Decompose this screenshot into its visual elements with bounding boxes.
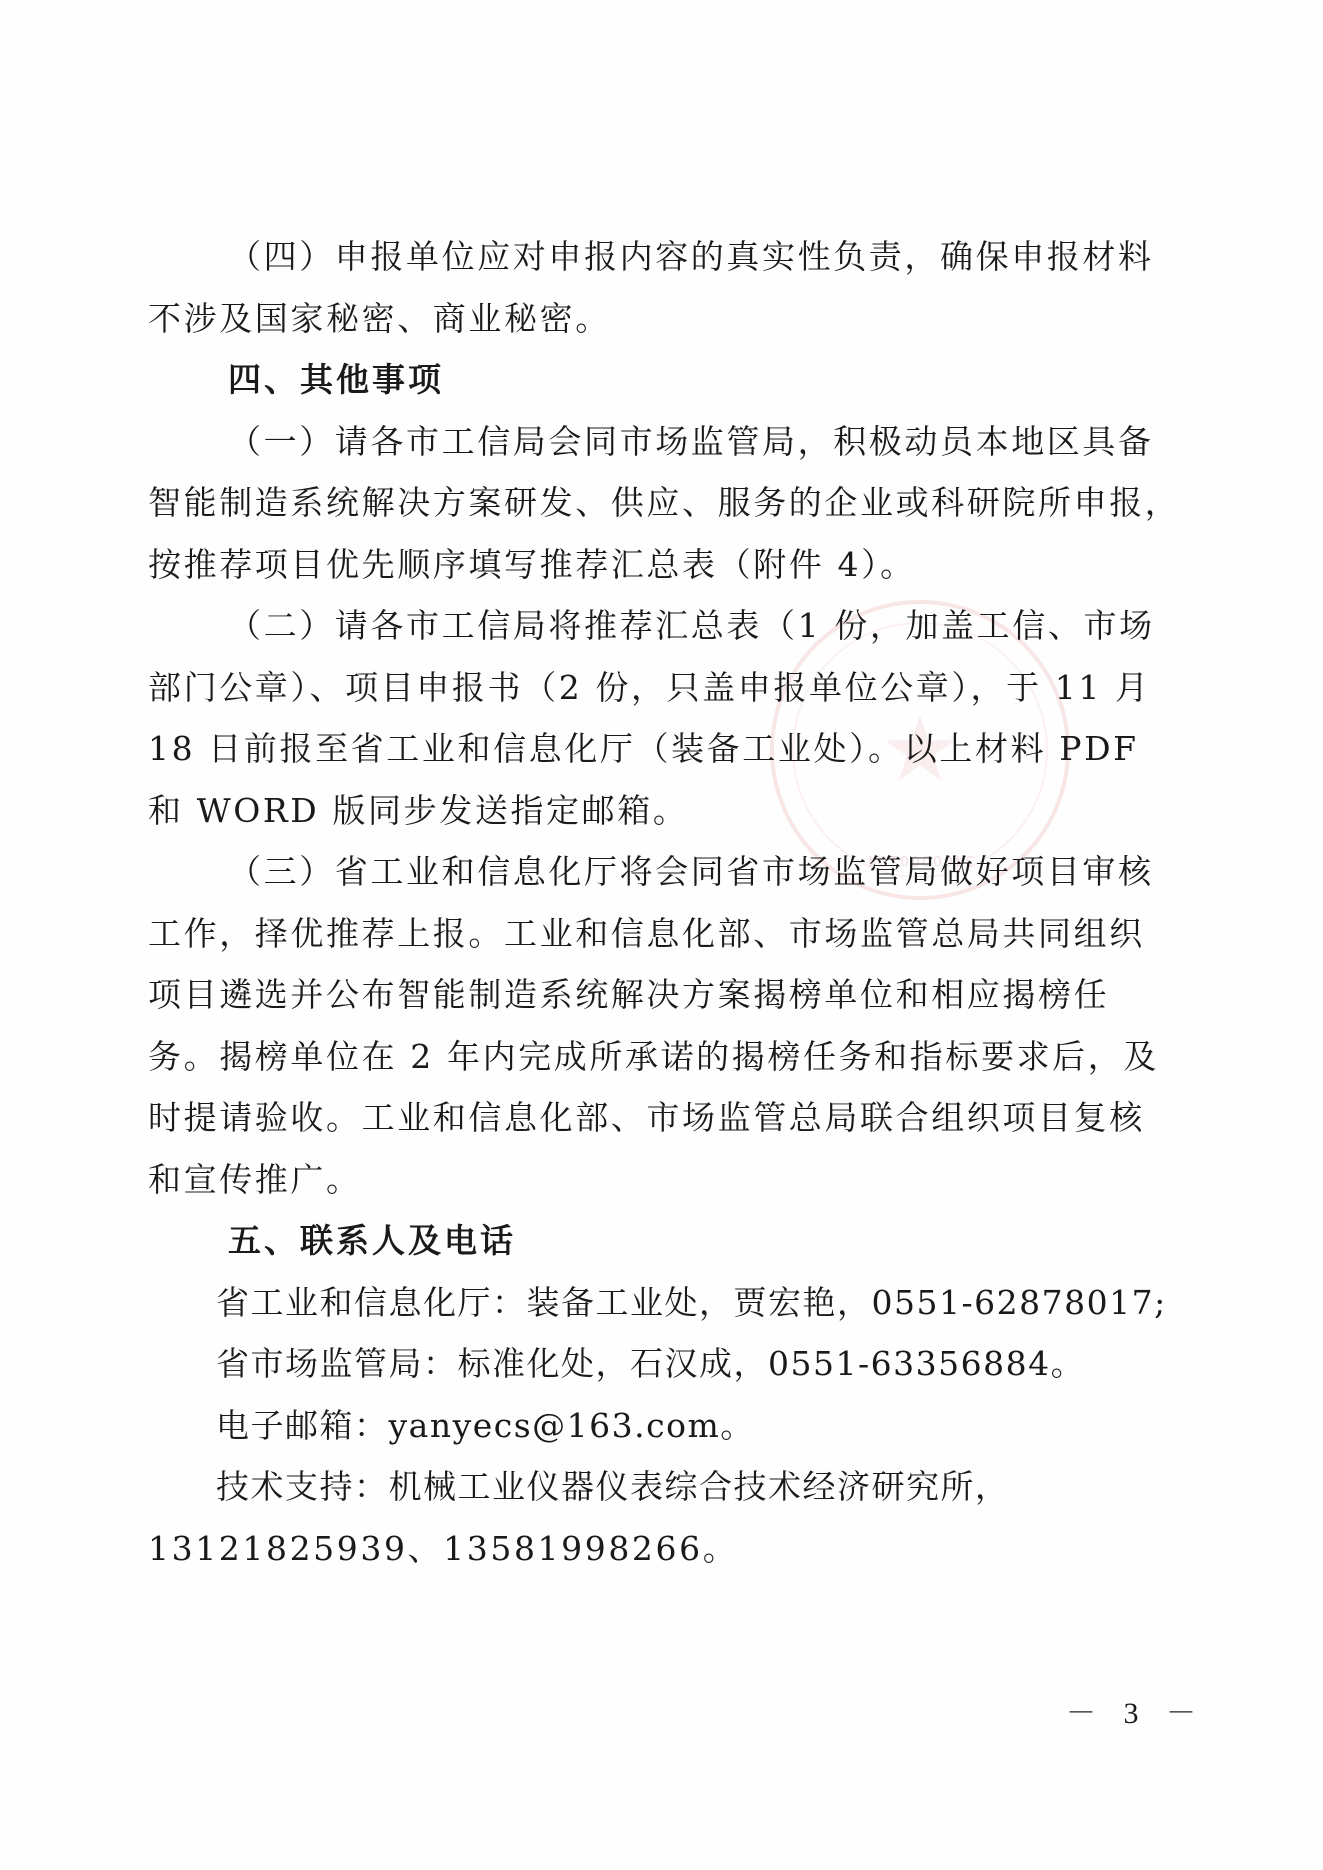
contact-line-tech-support: 技术支持：机械工业仪器仪表综合技术经济研究所，	[148, 1456, 1148, 1518]
contact-value: 装备工业处，贾宏艳，0551-62878017;	[527, 1283, 1167, 1322]
paragraph-line: 工作，择优推荐上报。工业和信息化部、市场监管总局共同组织	[148, 903, 1148, 965]
contact-value: 机械工业仪器仪表综合技术经济研究所，	[389, 1467, 1010, 1506]
section-heading-contacts: 五、联系人及电话	[148, 1210, 1148, 1272]
paragraph-line: 18 日前报至省工业和信息化厅（装备工业处）。以上材料 PDF	[148, 718, 1148, 780]
paragraph-line: 部门公章）、项目申报书（2 份，只盖申报单位公章），于 11 月	[148, 657, 1148, 719]
contact-line-miit-province: 省工业和信息化厅：装备工业处，贾宏艳，0551-62878017;	[148, 1272, 1148, 1334]
contact-line-market-regulation: 省市场监管局：标准化处，石汉成，0551-63356884。	[148, 1333, 1148, 1395]
paragraph-line: （一）请各市工信局会同市场监管局，积极动员本地区具备	[148, 411, 1148, 473]
contact-label: 省工业和信息化厅：	[216, 1283, 527, 1322]
paragraph-line: 项目遴选并公布智能制造系统解决方案揭榜单位和相应揭榜任	[148, 964, 1148, 1026]
email-address: yanyecs@163.com。	[389, 1406, 755, 1445]
contact-value: 标准化处，石汉成，0551-63356884。	[458, 1344, 1086, 1383]
paragraph-line: 和宣传推广。	[148, 1149, 1148, 1211]
paragraph-line: （二）请各市工信局将推荐汇总表（1 份，加盖工信、市场	[148, 595, 1148, 657]
paragraph-line: （三）省工业和信息化厅将会同省市场监管局做好项目审核	[148, 841, 1148, 903]
paragraph-line: 时提请验收。工业和信息化部、市场监管总局联合组织项目复核	[148, 1087, 1148, 1149]
paragraph-line: 和 WORD 版同步发送指定邮箱。	[148, 780, 1148, 842]
contact-label: 省市场监管局：	[216, 1344, 458, 1383]
support-phone-numbers: 13121825939、13581998266。	[148, 1518, 1148, 1580]
document-body: （四）申报单位应对申报内容的真实性负责，确保申报材料 不涉及国家秘密、商业秘密。…	[148, 226, 1148, 1579]
section-heading-other-matters: 四、其他事项	[148, 349, 1148, 411]
paragraph-line: 按推荐项目优先顺序填写推荐汇总表（附件 4）。	[148, 534, 1148, 596]
contact-label: 技术支持：	[216, 1467, 389, 1506]
paragraph-line: 智能制造系统解决方案研发、供应、服务的企业或科研院所申报，	[148, 472, 1148, 534]
contact-line-email: 电子邮箱：yanyecs@163.com。	[148, 1395, 1148, 1457]
paragraph-line: （四）申报单位应对申报内容的真实性负责，确保申报材料	[148, 226, 1148, 288]
paragraph-line: 不涉及国家秘密、商业秘密。	[148, 288, 1148, 350]
page-number: － 3 －	[1066, 1688, 1206, 1732]
document-page: ★ 3400000104 （四）申报单位应对申报内容的真实性负责，确保申报材料 …	[0, 0, 1323, 1870]
paragraph-line: 务。揭榜单位在 2 年内完成所承诺的揭榜任务和指标要求后，及	[148, 1026, 1148, 1088]
contact-label: 电子邮箱：	[216, 1406, 389, 1445]
